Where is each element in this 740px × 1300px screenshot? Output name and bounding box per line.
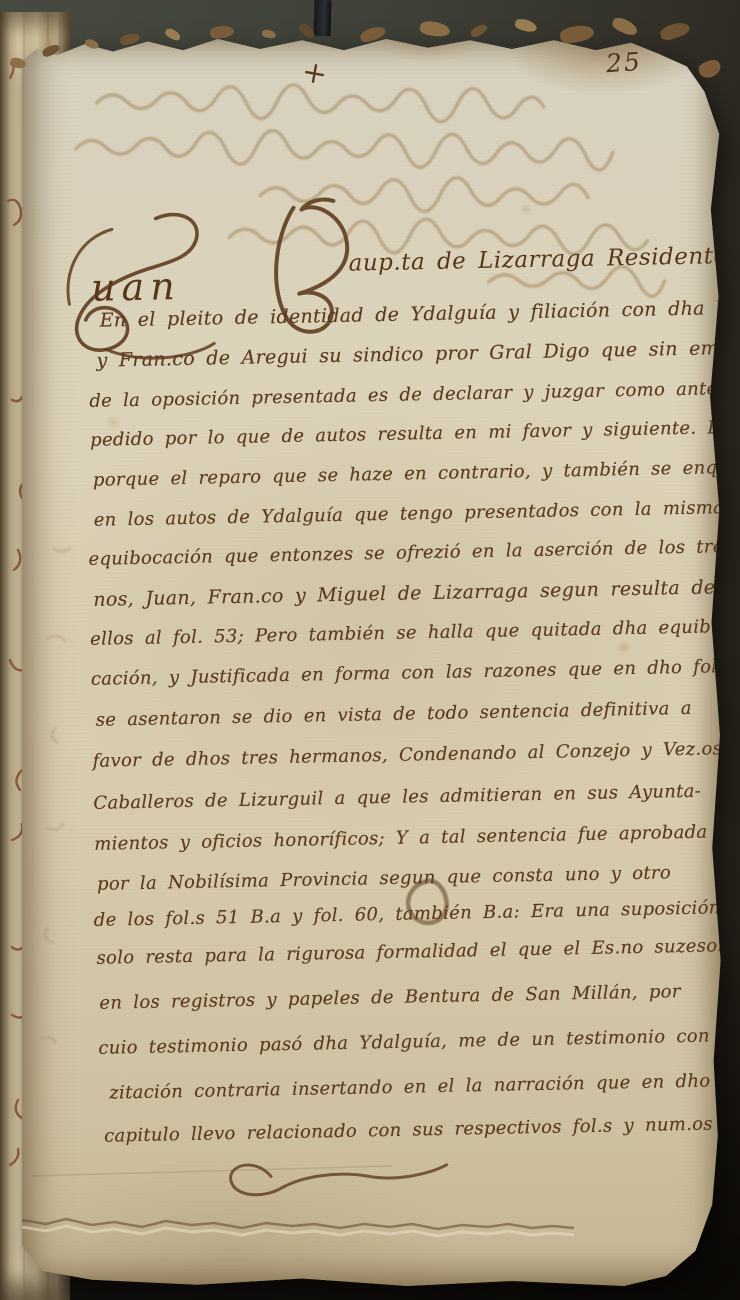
fold-crease — [22, 1162, 722, 1252]
book-clamp — [314, 0, 332, 36]
manuscript-line: zitación contraria insertando en el la n… — [109, 1071, 711, 1104]
folio-number: 25 — [605, 47, 643, 78]
manuscript-line: pedido por lo que de autos resulta en mi… — [90, 416, 740, 451]
photographed-manuscript-scene: + 25 uan aup.ta de Lizarraga Residente e… — [0, 0, 740, 1300]
opening-word-tail: uan — [91, 264, 181, 310]
manuscript-line: favor de dhos tres hermanos, Condenando … — [92, 738, 722, 772]
manuscript-line: mientos y oficios honoríficos; Y a tal s… — [94, 822, 708, 855]
manuscript-page: + 25 uan aup.ta de Lizarraga Residente e… — [22, 34, 722, 1286]
manuscript-line: Caballeros de Lizurguil a que les admiti… — [93, 781, 701, 814]
manuscript-line: nos, Juan, Fran.co y Miguel de Lizarraga… — [93, 576, 715, 610]
ink-smudge — [395, 873, 460, 932]
manuscript-line: de la oposición presentada es de declara… — [89, 377, 740, 412]
manuscript-line: cación, y Justificada en forma con las r… — [91, 656, 724, 690]
manuscript-line: en los autos de Ydalguía que tengo prese… — [94, 497, 725, 531]
opening-line-rest: aup.ta de Lizarraga Residente en esta Vi… — [348, 240, 740, 277]
manuscript-line: porque el reparo que se haze en contrari… — [93, 456, 740, 491]
manuscript-line: se asentaron se dio en vista de todo sen… — [96, 698, 692, 731]
manuscript-line: ellos al fol. 53; Pero también se halla … — [90, 616, 729, 650]
manuscript-line: capitulo llevo relacionado con sus respe… — [104, 1114, 713, 1147]
manuscript-line: en los registros y papeles de Bentura de… — [99, 981, 681, 1014]
manuscript-page-wrap: + 25 uan aup.ta de Lizarraga Residente e… — [22, 34, 722, 1286]
handwritten-text-block: uan aup.ta de Lizarraga Residente en est… — [16, 21, 740, 1287]
paper-debris-fragment — [514, 17, 538, 33]
manuscript-line: solo resta para la rigurosa formalidad e… — [96, 935, 726, 969]
manuscript-line: cuio testimonio pasó dha Ydalguía, me de… — [98, 1026, 710, 1059]
manuscript-line: equibocación que entonzes se ofrezió en … — [88, 534, 740, 569]
manuscript-line: por la Nobilísima Provincia segun que co… — [97, 862, 671, 895]
